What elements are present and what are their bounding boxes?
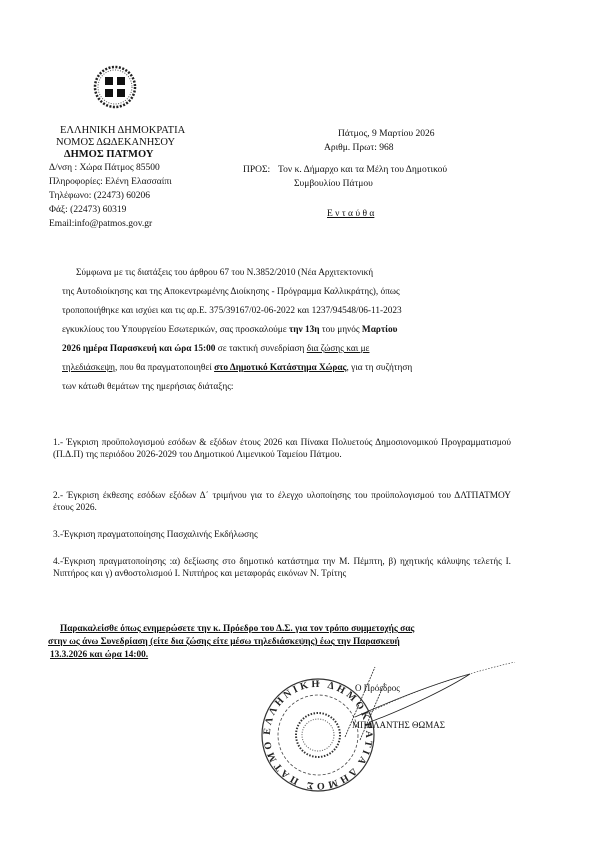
body-line-4c: του μηνός xyxy=(320,325,362,335)
recipient-location: Ε ν τ α ύ θ α xyxy=(327,208,374,221)
meeting-mode: δια ζώσης και με xyxy=(307,344,370,354)
body-line-6: τηλεδιάσκεψη, που θα πραγματοποιηθεί στο… xyxy=(62,359,412,378)
body-line-4a: εγκυκλίους του Υπουργείου Εσωτερικών, σα… xyxy=(62,325,289,335)
recipient-line-2: Συμβουλίου Πάτμου xyxy=(294,178,373,191)
agenda-item-3: 3.-Έγκριση πραγματοποίησης Πασχαλινής Εκ… xyxy=(53,529,511,541)
svg-text:*: * xyxy=(316,680,320,689)
recipient-label: ΠΡΟΣ: xyxy=(243,164,270,177)
notice-line-2: στην ως άνω Συνεδρίαση (είτε δια ζώσης ε… xyxy=(48,636,400,649)
notice-line-3: 13.3.2026 και ώρα 14:00. xyxy=(50,649,148,662)
meeting-day: την 13η xyxy=(289,325,320,335)
agenda-item-2: 2.- Έγκριση έκθεσης εσόδων εξόδων Δ΄ τρι… xyxy=(53,490,511,514)
municipality-name: ΔΗΜΟΣ ΠΑΤΜΟΥ xyxy=(64,149,153,161)
prefecture-name: ΝΟΜΟΣ ΔΩΔΕΚΑΝΗΣΟΥ xyxy=(56,137,175,149)
meeting-month: Μαρτίου xyxy=(362,325,398,335)
greek-coat-of-arms-icon xyxy=(92,64,138,110)
place-date: Πάτμος, 9 Μαρτίου 2026 xyxy=(338,128,435,141)
body-line-5: 2026 ημέρα Παρασκευή και ώρα 15:00 σε τα… xyxy=(62,340,369,359)
address: Δ/νση : Χώρα Πάτμος 85500 xyxy=(49,162,160,175)
notice-line-1: Παρακαλείσθε όπως ενημερώσετε την κ. Πρό… xyxy=(60,623,414,636)
meeting-mode-remote: τηλεδιάσκεψη xyxy=(62,363,115,373)
meeting-datetime: 2026 ημέρα Παρασκευή και ώρα 15:00 xyxy=(62,344,215,354)
agenda-item-4: 4.-Έγκριση πραγματοποίησης :α) δεξίωσης … xyxy=(53,556,511,580)
country-name: ΕΛΛΗΝΙΚΗ ΔΗΜΟΚΡΑΤΙΑ xyxy=(60,125,185,137)
info-contact: Πληροφορίες: Ελένη Ελασσαίπι xyxy=(49,176,172,189)
body-line-5b: σε τακτική συνεδρίαση xyxy=(215,344,306,354)
body-line-6d: , για τη συζήτηση xyxy=(346,363,412,373)
handwritten-signature-icon xyxy=(340,662,520,752)
body-line-7: των κάτωθι θεμάτων της ημερήσιας διάταξη… xyxy=(62,378,233,397)
fax: Φάξ: (22473) 60319 xyxy=(49,204,126,217)
recipient-line-1: Τον κ. Δήμαρχο και τα Μέλη του Δημοτικού xyxy=(278,164,447,177)
phone: Τηλέφωνο: (22473) 60206 xyxy=(49,190,150,203)
agenda-item-1: 1.- Έγκριση προϋπολογισμού εσόδων & εξόδ… xyxy=(53,437,511,461)
body-line-6b: , που θα πραγματοποιηθεί xyxy=(115,363,214,373)
meeting-venue: στο Δημοτικό Κατάστημα Χώρας xyxy=(214,363,346,373)
body-line-1: Σύμφωνα με τις διατάξεις του άρθρου 67 τ… xyxy=(76,264,373,283)
email-link[interactable]: Email:info@patmos.gov.gr xyxy=(49,218,152,231)
body-line-3: τροποποιήθηκε και ισχύει και τις αρ.Ε. 3… xyxy=(62,302,402,321)
body-line-2: της Αυτοδιοίκησης και της Αποκεντρωμένης… xyxy=(62,283,400,302)
body-line-4: εγκυκλίους του Υπουργείου Εσωτερικών, σα… xyxy=(62,321,398,340)
protocol-number: Αριθμ. Πρωτ: 968 xyxy=(324,142,394,155)
